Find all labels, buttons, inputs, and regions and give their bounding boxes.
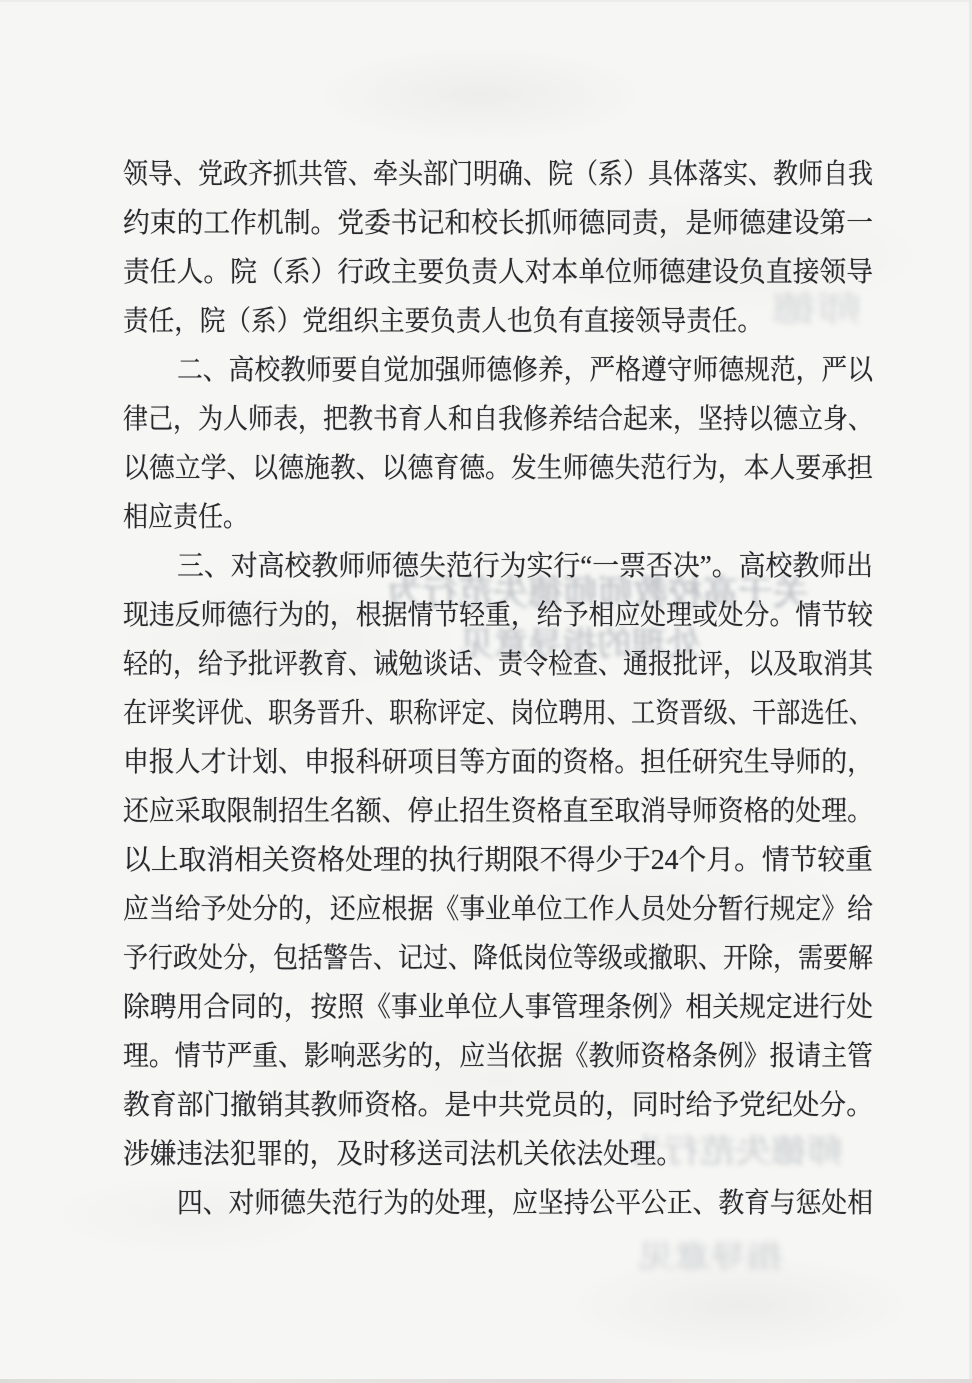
- text-line-content: 轻的，给予批评教育、诫勉谈话、责令检查、通报批评，以及取消其: [123, 642, 873, 682]
- text-line-content: 三、对高校教师师德失范行为实行“一票否决”。高校教师出: [177, 544, 873, 584]
- scanned-page: 关于高校教师师德失范行为 处理的指导意见 师德 师德失范行为 指导意见 领导、党…: [0, 0, 972, 1383]
- text-line-content: 责任人。院（系）行政主要负责人对本单位师德建设负直接领导: [123, 250, 873, 290]
- text-line: 教育部门撤销其教师资格。是中共党员的，同时给予党纪处分。: [123, 1078, 873, 1127]
- text-line-content: 相应责任。: [123, 495, 248, 535]
- text-line-content: 律己，为人师表，把教书育人和自我修养结合起来，坚持以德立身、: [123, 397, 873, 437]
- bleed-through-text: 指导意见: [638, 1232, 783, 1276]
- bleed-through-fragment: 指导意见: [638, 1232, 758, 1276]
- text-line-content: 四、对师德失范行为的处理，应坚持公平公正、教育与惩处相: [177, 1181, 873, 1221]
- text-line-content: 以德立学、以德施教、以德育德。发生师德失范行为，本人要承担: [123, 446, 873, 486]
- text-line: 二、高校教师要自觉加强师德修养，严格遵守师德规范，严以: [123, 343, 873, 392]
- text-line: 领导、党政齐抓共管、牵头部门明确、院（系）具体落实、教师自我: [123, 147, 873, 196]
- text-line: 理。情节严重、影响恶劣的，应当依据《教师资格条例》报请主管: [123, 1029, 873, 1078]
- scan-edge: [0, 1379, 972, 1383]
- text-line: 现违反师德行为的，根据情节轻重，给予相应处理或处分。情节较: [123, 588, 873, 637]
- text-line-content: 教育部门撤销其教师资格。是中共党员的，同时给予党纪处分。: [123, 1083, 873, 1123]
- text-line: 轻的，给予批评教育、诫勉谈话、责令检查、通报批评，以及取消其: [123, 637, 873, 686]
- text-line: 予行政处分，包括警告、记过、降低岗位等级或撤职、开除，需要解: [123, 931, 873, 980]
- text-line: 除聘用合同的，按照《事业单位人事管理条例》相关规定进行处: [123, 980, 873, 1029]
- text-line-content: 领导、党政齐抓共管、牵头部门明确、院（系）具体落实、教师自我: [123, 152, 873, 192]
- text-line: 三、对高校教师师德失范行为实行“一票否决”。高校教师出: [123, 539, 873, 588]
- scan-edge: [0, 0, 972, 2]
- text-line: 责任，院（系）党组织主要负责人也负有直接领导责任。: [123, 294, 873, 343]
- text-line-content: 约束的工作机制。党委书记和校长抓师德同责，是师德建设第一: [123, 201, 873, 241]
- text-line-content: 以上取消相关资格处理的执行期限不得少于24个月。情节较重: [123, 838, 873, 878]
- text-line: 律己，为人师表，把教书育人和自我修养结合起来，坚持以德立身、: [123, 392, 873, 441]
- text-line: 以上取消相关资格处理的执行期限不得少于24个月。情节较重: [123, 833, 873, 882]
- text-line: 四、对师德失范行为的处理，应坚持公平公正、教育与惩处相: [123, 1176, 873, 1225]
- text-line-content: 现违反师德行为的，根据情节轻重，给予相应处理或处分。情节较: [123, 593, 873, 633]
- text-line-content: 理。情节严重、影响恶劣的，应当依据《教师资格条例》报请主管: [123, 1034, 873, 1074]
- text-line-content: 在评奖评优、职务晋升、职称评定、岗位聘用、工资晋级、干部选任、: [123, 691, 873, 731]
- text-line: 相应责任。: [123, 490, 873, 539]
- text-line: 在评奖评优、职务晋升、职称评定、岗位聘用、工资晋级、干部选任、: [123, 686, 873, 735]
- text-line-content: 涉嫌违法犯罪的，及时移送司法机关依法处理。: [123, 1132, 683, 1172]
- text-line-content: 二、高校教师要自觉加强师德修养，严格遵守师德规范，严以: [177, 348, 873, 388]
- text-line: 应当给予处分的，还应根据《事业单位工作人员处分暂行规定》给: [123, 882, 873, 931]
- text-line-content: 申报人才计划、申报科研项目等方面的资格。担任研究生导师的，: [123, 740, 873, 780]
- text-line-content: 责任，院（系）党组织主要负责人也负有直接领导责任。: [123, 299, 763, 339]
- text-line: 还应采取限制招生名额、停止招生资格直至取消导师资格的处理。: [123, 784, 873, 833]
- document-body: 领导、党政齐抓共管、牵头部门明确、院（系）具体落实、教师自我 约束的工作机制。党…: [123, 147, 873, 1225]
- text-line: 以德立学、以德施教、以德育德。发生师德失范行为，本人要承担: [123, 441, 873, 490]
- text-line: 涉嫌违法犯罪的，及时移送司法机关依法处理。: [123, 1127, 873, 1176]
- text-line: 申报人才计划、申报科研项目等方面的资格。担任研究生导师的，: [123, 735, 873, 784]
- text-line-content: 还应采取限制招生名额、停止招生资格直至取消导师资格的处理。: [123, 789, 873, 829]
- text-line-content: 除聘用合同的，按照《事业单位人事管理条例》相关规定进行处: [123, 985, 873, 1025]
- text-line: 约束的工作机制。党委书记和校长抓师德同责，是师德建设第一: [123, 196, 873, 245]
- text-line-content: 应当给予处分的，还应根据《事业单位工作人员处分暂行规定》给: [123, 887, 873, 927]
- text-line-content: 予行政处分，包括警告、记过、降低岗位等级或撤职、开除，需要解: [123, 936, 873, 976]
- text-line: 责任人。院（系）行政主要负责人对本单位师德建设负直接领导: [123, 245, 873, 294]
